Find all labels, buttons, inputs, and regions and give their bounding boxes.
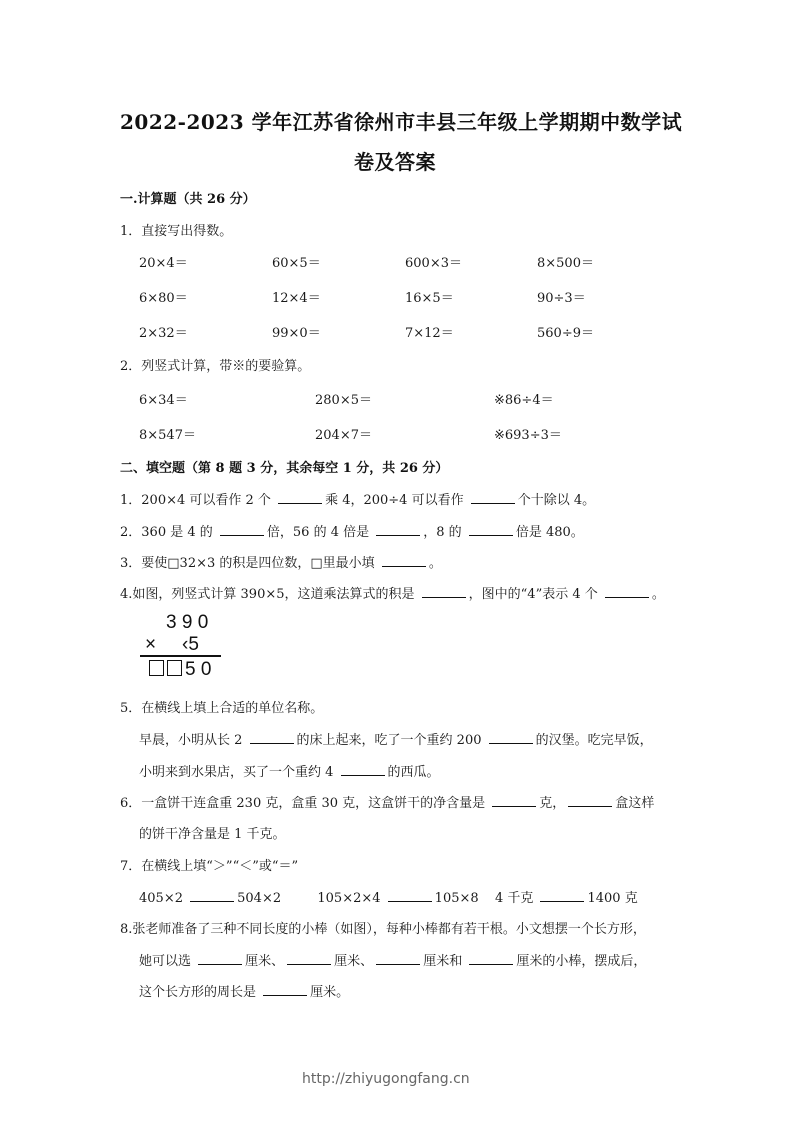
text: 倍，56 的 4 倍是 <box>267 525 369 540</box>
fill-q5-label: 5．在横线上填上合适的单位名称。 <box>120 697 323 716</box>
fill-q7-compare: 405×2 504×2 105×2×4 105×8 4 千克 1400 克 <box>139 887 638 906</box>
text: 厘米。 <box>310 985 349 1000</box>
empty-box-icon <box>149 660 164 676</box>
text: 厘米的小棒，摆成后， <box>516 954 646 969</box>
calc-item: ※86÷4＝ <box>494 389 554 408</box>
text: 的汉堡。吃完早饭， <box>536 733 653 748</box>
text: 1400 克 <box>587 891 637 906</box>
text: 厘米和 <box>423 954 462 969</box>
footer-url[interactable]: http://zhiyugongfang.cn <box>302 1071 470 1087</box>
figure-product: 5 0 <box>149 659 211 681</box>
answer-blank[interactable] <box>422 585 466 598</box>
text: 2．360 是 4 的 <box>120 525 213 540</box>
calc-item: 90÷3＝ <box>537 287 586 306</box>
text: 5 0 <box>185 659 211 680</box>
text: 厘米、 <box>245 954 284 969</box>
calc-item: 99×0＝ <box>272 322 321 341</box>
answer-blank[interactable] <box>198 952 242 965</box>
answer-blank[interactable] <box>469 523 513 536</box>
figure-rule-line <box>140 655 221 657</box>
text: 的床上起来，吃了一个重约 200 <box>297 733 482 748</box>
answer-blank[interactable] <box>540 889 584 902</box>
calc-item: 8×500＝ <box>537 252 594 271</box>
answer-blank[interactable] <box>492 794 536 807</box>
page-title-line2: 卷及答案 <box>354 146 436 175</box>
text: 这个长方形的周长是 <box>139 985 256 1000</box>
text: 3．要使□32×3 的积是四位数，□里最小填 <box>120 556 375 571</box>
fill-q8-line1: 8.张老师准备了三种不同长度的小棒（如图），每种小棒都有若干根。小文想摆一个长方… <box>120 918 646 937</box>
text: 倍是 480。 <box>516 525 584 540</box>
text: 克， <box>539 796 565 811</box>
fill-q4: 4.如图，列竖式计算 390×5，这道乘法算式的积是 ，图中的“4”表示 4 个… <box>120 583 665 602</box>
text: 105×2×4 <box>317 891 380 906</box>
fill-q2: 2．360 是 4 的 倍，56 的 4 倍是 ，8 的 倍是 480。 <box>120 521 584 540</box>
section2-heading: 二、填空题（第 8 题 3 分，其余每空 1 分，共 26 分） <box>120 457 448 476</box>
text: 小明来到水果店，买了一个重约 4 <box>139 765 333 780</box>
text: 盒这样 <box>615 796 654 811</box>
answer-blank[interactable] <box>489 731 533 744</box>
text: 个十除以 4。 <box>518 493 595 508</box>
answer-blank[interactable] <box>190 889 234 902</box>
calc-item: 6×80＝ <box>139 287 188 306</box>
answer-blank[interactable] <box>376 523 420 536</box>
section1-heading: 一.计算题（共 26 分） <box>120 188 256 207</box>
calc-item: 2×32＝ <box>139 322 188 341</box>
text: 1．200×4 可以看作 2 个 <box>120 493 271 508</box>
text: 她可以选 <box>139 954 191 969</box>
text: 。 <box>429 556 442 571</box>
answer-blank[interactable] <box>250 731 294 744</box>
text: 。 <box>652 587 665 602</box>
text: 405×2 <box>139 891 183 906</box>
answer-blank[interactable] <box>287 952 331 965</box>
q1-label: 1．直接写出得数。 <box>120 220 232 239</box>
answer-blank[interactable] <box>382 554 426 567</box>
fill-q1: 1．200×4 可以看作 2 个 乘 4，200÷4 可以看作 个十除以 4。 <box>120 489 595 508</box>
answer-blank[interactable] <box>341 763 385 776</box>
empty-box-icon <box>167 660 182 676</box>
text: 6．一盒饼干连盒重 230 克，盒重 30 克，这盒饼干的净含量是 <box>120 796 485 811</box>
fill-q3: 3．要使□32×3 的积是四位数，□里最小填 。 <box>120 552 442 571</box>
calc-item: 16×5＝ <box>405 287 454 306</box>
answer-blank[interactable] <box>605 585 649 598</box>
answer-blank[interactable] <box>220 523 264 536</box>
answer-blank[interactable] <box>471 491 515 504</box>
answer-blank[interactable] <box>263 983 307 996</box>
answer-blank[interactable] <box>278 491 322 504</box>
text: 厘米、 <box>334 954 373 969</box>
page-title-line1: 2022-2023 学年江苏省徐州市丰县三年级上学期期中数学试 <box>120 106 682 135</box>
calc-item: 204×7＝ <box>315 424 372 443</box>
calc-item: 560÷9＝ <box>537 322 594 341</box>
fill-q5-line1: 早晨，小明从长 2 的床上起来，吃了一个重约 200 的汉堡。吃完早饭， <box>139 729 653 748</box>
fill-q6-line1: 6．一盒饼干连盒重 230 克，盒重 30 克，这盒饼干的净含量是 克，盒这样 <box>120 792 654 811</box>
text: ，8 的 <box>423 525 461 540</box>
calc-item: 60×5＝ <box>272 252 321 271</box>
text: ，图中的“4”表示 4 个 <box>469 587 598 602</box>
text: 4 千克 <box>495 891 533 906</box>
answer-blank[interactable] <box>388 889 432 902</box>
text: 乘 4，200÷4 可以看作 <box>325 493 464 508</box>
text: 的西瓜。 <box>388 765 440 780</box>
answer-blank[interactable] <box>376 952 420 965</box>
calc-item: ※693÷3＝ <box>494 424 562 443</box>
fill-q5-line2: 小明来到水果店，买了一个重约 4 的西瓜。 <box>139 761 440 780</box>
text: 504×2 <box>237 891 281 906</box>
answer-blank[interactable] <box>568 794 612 807</box>
text: 早晨，小明从长 2 <box>139 733 242 748</box>
q2-label: 2．列竖式计算，带※的要验算。 <box>120 355 310 374</box>
figure-multiplier: ‹5 <box>182 634 199 656</box>
figure-multiplicand: 3 9 0 <box>166 612 208 634</box>
text: 105×8 <box>435 891 479 906</box>
calc-item: 8×547＝ <box>139 424 196 443</box>
calc-item: 600×3＝ <box>405 252 462 271</box>
calc-item: 20×4＝ <box>139 252 188 271</box>
fill-q7-label: 7．在横线上填“＞”“＜”或“＝” <box>120 855 298 874</box>
calc-item: 7×12＝ <box>405 322 454 341</box>
fill-q8-line3: 这个长方形的周长是 厘米。 <box>139 981 349 1000</box>
figure-mult-sign: × <box>145 634 156 656</box>
answer-blank[interactable] <box>469 952 513 965</box>
text: 4.如图，列竖式计算 390×5，这道乘法算式的积是 <box>120 587 415 602</box>
fill-q6-line2: 的饼干净含量是 1 千克。 <box>139 823 286 842</box>
calc-item: 280×5＝ <box>315 389 372 408</box>
calc-item: 6×34＝ <box>139 389 188 408</box>
fill-q8-line2: 她可以选 厘米、厘米、厘米和 厘米的小棒，摆成后， <box>139 950 646 969</box>
calc-item: 12×4＝ <box>272 287 321 306</box>
